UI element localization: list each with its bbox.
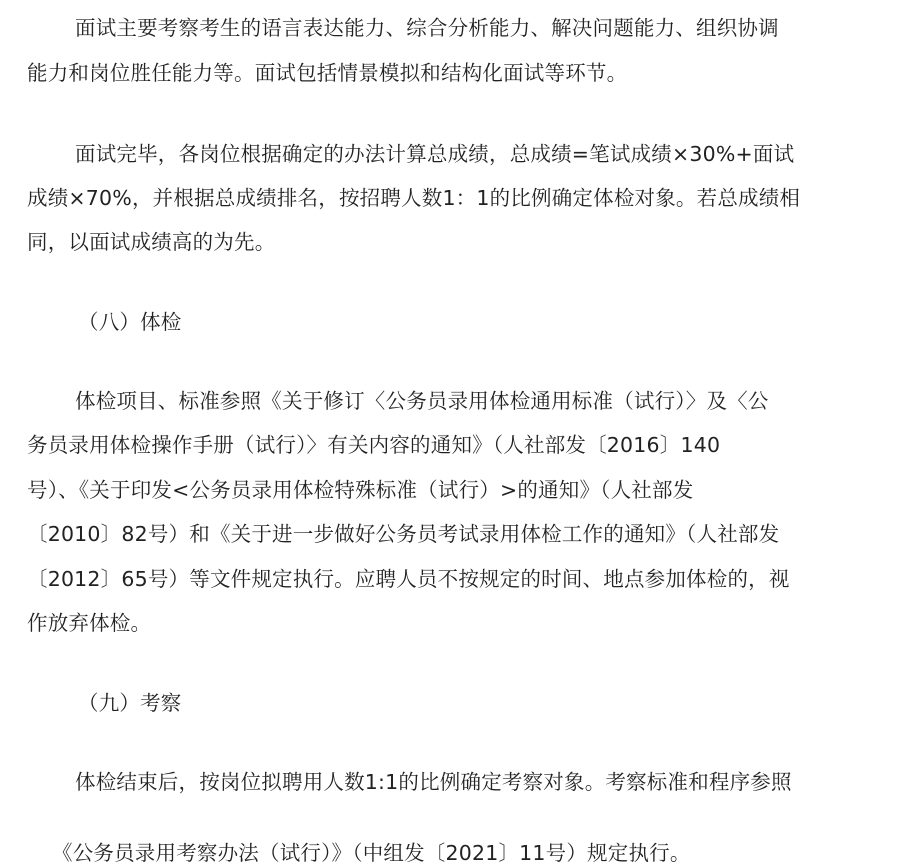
paragraph-line: 面试主要考察考生的语言表达能力、综合分析能力、解决问题能力、组织协调 bbox=[75, 13, 918, 43]
paragraph-line: 作放弃体检。 bbox=[27, 608, 887, 638]
section-heading-inspection: （九）考察 bbox=[78, 688, 918, 718]
paragraph-line: 同，以面试成绩高的为先。 bbox=[27, 227, 887, 257]
paragraph-line: 体检项目、标准参照《关于修订〈公务员录用体检通用标准（试行）〉及〈公 bbox=[75, 386, 918, 416]
paragraph-line: 务员录用体检操作手册（试行）〉有关内容的通知》（人社部发〔2016〕140 bbox=[27, 430, 887, 460]
paragraph-line: 成绩×70%，并根据总成绩排名，按招聘人数1：1的比例确定体检对象。若总成绩相 bbox=[27, 183, 887, 213]
paragraph-line: 〔2012〕65号）等文件规定执行。应聘人员不按规定的时间、地点参加体检的，视 bbox=[27, 564, 887, 594]
paragraph-line: 〔2010〕82号）和《关于进一步做好公务员考试录用体检工作的通知》（人社部发 bbox=[27, 519, 887, 549]
paragraph-line: 号）、《关于印发<公务员录用体检特殊标准（试行）>的通知》（人社部发 bbox=[27, 475, 887, 505]
paragraph-line: 《公务员录用考察办法（试行）》（中组发〔2021〕11号）规定执行。 bbox=[52, 838, 912, 868]
paragraph-line: 体检结束后，按岗位拟聘用人数1:1的比例确定考察对象。考察标准和程序参照 bbox=[75, 767, 918, 797]
section-heading-medical-exam: （八）体检 bbox=[78, 307, 918, 337]
paragraph-line: 能力和岗位胜任能力等。面试包括情景模拟和结构化面试等环节。 bbox=[27, 58, 887, 88]
paragraph-line: 面试完毕，各岗位根据确定的办法计算总成绩，总成绩=笔试成绩×30%+面试 bbox=[75, 139, 918, 169]
